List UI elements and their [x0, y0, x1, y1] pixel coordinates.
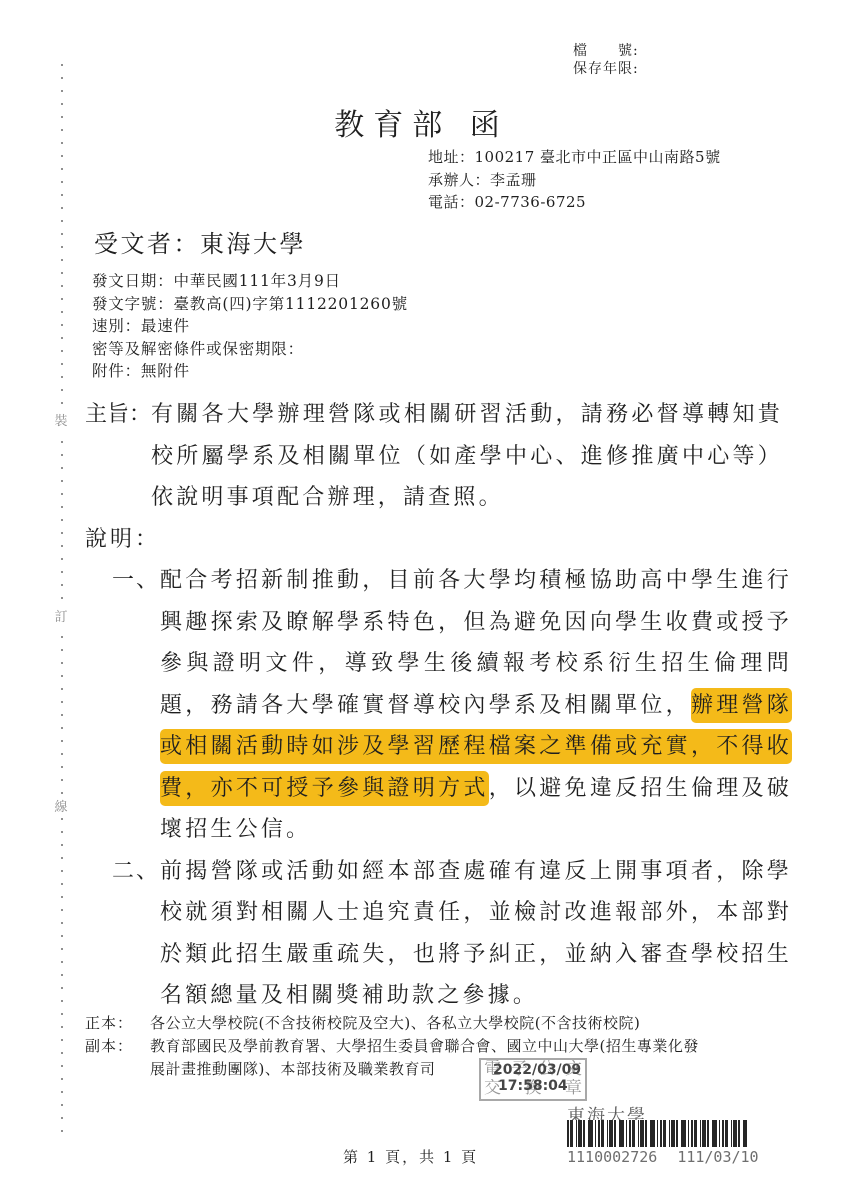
- stamp-datetime: 2022/03/09 17:58:04: [493, 1062, 581, 1094]
- file-number-block: 檔 號: 保存年限:: [573, 42, 639, 78]
- barcode: [567, 1120, 747, 1147]
- stamp-time: 17:58:04: [498, 1078, 581, 1094]
- official-letter-page: 裝 訂 線 檔 號: 保存年限: 教育部 函 地址：100217 臺北市中正區中…: [0, 0, 843, 1200]
- explanation-item-1: 一、 配合考招新制推動，目前各大學均積極協助高中學生進行興趣探索及瞭解學系特色，…: [112, 560, 801, 851]
- explanation-heading: 說明：: [85, 519, 801, 561]
- barcode-doc-number: 1110002726: [567, 1148, 657, 1166]
- subject-label: 主旨：: [85, 394, 151, 519]
- copy-text: 教育部國民及學前教育署、大學招生委員會聯合會、國立中山大學(招生專業化發展計畫推…: [150, 1035, 710, 1081]
- original-text: 各公立大學校院(不含技術校院及空大)、各私立大學校院(不含技術校院): [150, 1012, 710, 1035]
- agency-phone: 電話：02-7736-6725: [428, 191, 721, 214]
- barcode-doc-date: 111/03/10: [677, 1148, 758, 1166]
- file-number-label: 檔 號:: [573, 42, 639, 60]
- item-1-number: 一、: [112, 560, 160, 851]
- subject-section: 主旨： 有關各大學辦理營隊或相關研習活動，請務必督導轉知貴校所屬學系及相關單位（…: [85, 394, 801, 519]
- attachment-line: 附件：無附件: [92, 360, 408, 383]
- original-recipients-row: 正本： 各公立大學校院(不含技術校院及空大)、各私立大學校院(不含技術校院): [85, 1012, 710, 1035]
- recipient-line: 受文者：東海大學: [94, 224, 306, 259]
- binding-mark-ding: 訂: [50, 610, 72, 626]
- document-title: 教育部 函: [0, 100, 843, 144]
- copy-label: 副本：: [85, 1035, 150, 1081]
- item-2-text: 前揭營隊或活動如經本部查處確有違反上開事項者，除學校就須對相關人士追究責任，並檢…: [160, 851, 792, 1017]
- binding-dotted-line: [61, 64, 63, 1136]
- issue-date-line: 發文日期：中華民國111年3月9日: [92, 270, 408, 293]
- speed-class-line: 速別：最速件: [92, 315, 408, 338]
- original-label: 正本：: [85, 1012, 150, 1035]
- stamp-date: 2022/03/09: [493, 1062, 581, 1078]
- subject-text: 有關各大學辦理營隊或相關研習活動，請務必督導轉知貴校所屬學系及相關單位（如產學中…: [151, 394, 783, 519]
- electronic-exchange-stamp: 電子公文 交換章 2022/03/09 17:58:04: [479, 1058, 587, 1101]
- binding-mark-xian: 線: [50, 800, 72, 816]
- binding-mark-zhuang: 裝: [50, 414, 72, 430]
- distribution-block: 正本： 各公立大學校院(不含技術校院及空大)、各私立大學校院(不含技術校院) 副…: [85, 1012, 710, 1081]
- barcode-numbers: 1110002726 111/03/10: [567, 1148, 767, 1166]
- item-2-number: 二、: [112, 851, 160, 1017]
- explanation-item-2: 二、 前揭營隊或活動如經本部查處確有違反上開事項者，除學校就須對相關人士追究責任…: [112, 851, 801, 1017]
- item-1-text: 配合考招新制推動，目前各大學均積極協助高中學生進行興趣探索及瞭解學系特色，但為避…: [160, 560, 792, 851]
- security-class-line: 密等及解密條件或保密期限：: [92, 338, 408, 361]
- document-meta-block: 發文日期：中華民國111年3月9日 發文字號：臺教高(四)字第111220126…: [92, 270, 408, 383]
- letter-body: 主旨： 有關各大學辦理營隊或相關研習活動，請務必督導轉知貴校所屬學系及相關單位（…: [85, 394, 801, 1017]
- issue-number-line: 發文字號：臺教高(四)字第1112201260號: [92, 293, 408, 316]
- retention-label: 保存年限:: [573, 60, 639, 78]
- copy-recipients-row: 副本： 教育部國民及學前教育署、大學招生委員會聯合會、國立中山大學(招生專業化發…: [85, 1035, 710, 1081]
- agency-contact-person: 承辦人：李孟珊: [428, 169, 721, 192]
- page-number-info: 第 1 頁，共 1 頁: [343, 1146, 478, 1167]
- agency-contact-block: 地址：100217 臺北市中正區中山南路5號 承辦人：李孟珊 電話：02-773…: [428, 146, 721, 214]
- agency-address: 地址：100217 臺北市中正區中山南路5號: [428, 146, 721, 169]
